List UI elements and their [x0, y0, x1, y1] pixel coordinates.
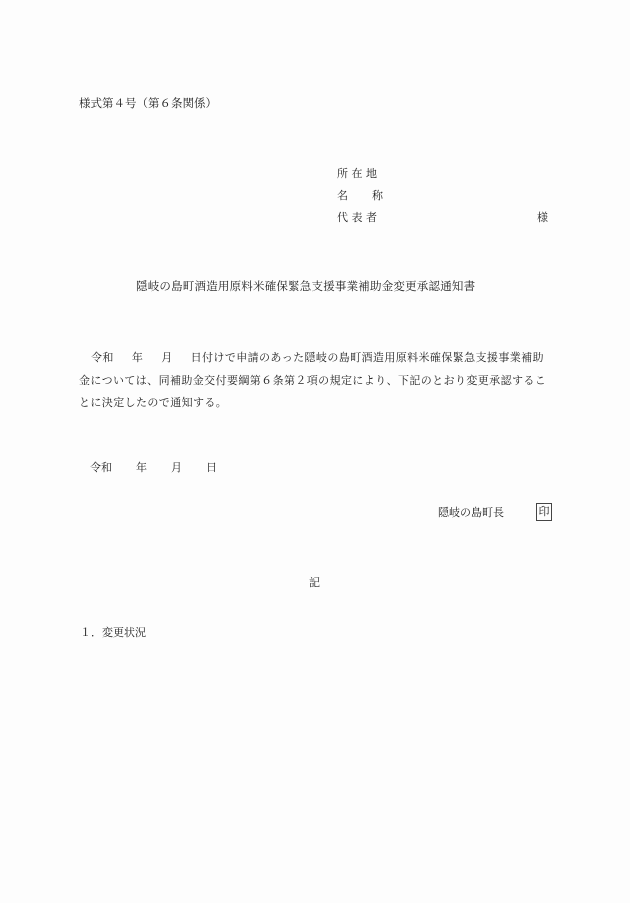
name-label: 名称 — [337, 190, 383, 201]
seal-mark: 印 — [536, 503, 552, 521]
record-heading: 記 — [309, 577, 320, 588]
representative-label: 代 表 者 — [337, 212, 377, 223]
form-number: 様式第４号（第６条関係） — [79, 98, 217, 110]
address-label: 所 在 地 — [337, 168, 377, 179]
body-paragraph: 令和年月日付けで申請のあった隠岐の島町酒造用原料米確保緊急支援事業補助金について… — [79, 347, 551, 415]
issue-date: 令和年月日 — [90, 462, 217, 473]
honorific: 様 — [537, 212, 548, 223]
document-title: 隠岐の島町酒造用原料米確保緊急支援事業補助金変更承認通知書 — [136, 281, 475, 293]
list-item: １．変更状況 — [80, 627, 146, 638]
issuer-title: 隠岐の島町長 — [438, 507, 504, 518]
